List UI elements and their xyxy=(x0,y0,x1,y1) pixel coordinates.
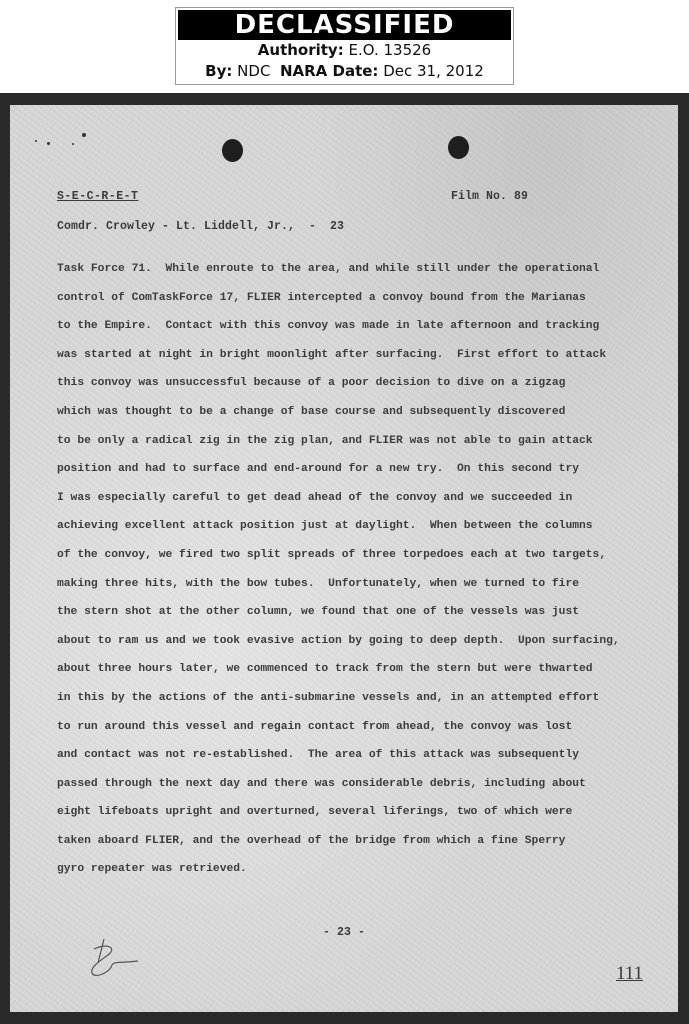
stamp-authority: Authority: E.O. 13526 xyxy=(176,40,513,61)
body-line: the stern shot at the other column, we f… xyxy=(57,604,657,633)
body-line: I was especially careful to get dead ahe… xyxy=(57,490,657,519)
stamped-page-number: 111 xyxy=(616,963,643,985)
film-number: Film No. 89 xyxy=(451,190,528,203)
stamp-by-date: By: NDC NARA Date: Dec 31, 2012 xyxy=(176,61,513,82)
punch-hole-left xyxy=(222,139,243,162)
body-line: was started at night in bright moonlight… xyxy=(57,347,657,376)
document-page: S-E-C-R-E-T Film No. 89 Comdr. Crowley -… xyxy=(10,105,678,1012)
body-line: passed through the next day and there wa… xyxy=(57,776,657,805)
body-line: gyro repeater was retrieved. xyxy=(57,861,657,890)
body-line: about to ram us and we took evasive acti… xyxy=(57,633,657,662)
body-line: which was thought to be a change of base… xyxy=(57,404,657,433)
body-line: to run around this vessel and regain con… xyxy=(57,719,657,748)
body-line: achieving excellent attack position just… xyxy=(57,518,657,547)
body-line: and contact was not re-established. The … xyxy=(57,747,657,776)
microfilm-frame: S-E-C-R-E-T Film No. 89 Comdr. Crowley -… xyxy=(0,93,689,1024)
body-line: Task Force 71. While enroute to the area… xyxy=(57,261,657,290)
body-line: position and had to surface and end-arou… xyxy=(57,461,657,490)
speck-mark xyxy=(82,133,86,137)
body-line: this convoy was unsuccessful because of … xyxy=(57,375,657,404)
declassified-stamp: DECLASSIFIED Authority: E.O. 13526 By: N… xyxy=(175,7,514,85)
speck-mark xyxy=(72,143,74,145)
classification-marking: S-E-C-R-E-T xyxy=(57,190,138,203)
body-line: to be only a radical zig in the zig plan… xyxy=(57,433,657,462)
body-line: eight lifeboats upright and overturned, … xyxy=(57,804,657,833)
handwritten-initials-icon xyxy=(84,935,144,983)
speck-mark xyxy=(35,140,37,142)
stamp-banner: DECLASSIFIED xyxy=(178,10,511,40)
by-label: By: xyxy=(205,62,232,80)
body-line: of the convoy, we fired two split spread… xyxy=(57,547,657,576)
body-line: taken aboard FLIER, and the overhead of … xyxy=(57,833,657,862)
document-body: Task Force 71. While enroute to the area… xyxy=(57,261,657,890)
by-value: NDC xyxy=(237,62,270,80)
body-line: in this by the actions of the anti-subma… xyxy=(57,690,657,719)
body-line: to the Empire. Contact with this convoy … xyxy=(57,318,657,347)
body-line: making three hits, with the bow tubes. U… xyxy=(57,576,657,605)
body-line: about three hours later, we commenced to… xyxy=(57,661,657,690)
document-header: Comdr. Crowley - Lt. Liddell, Jr., - 23 xyxy=(57,220,344,233)
nara-date-value: Dec 31, 2012 xyxy=(383,62,484,80)
punch-hole-right xyxy=(448,136,469,159)
nara-date-label: NARA Date: xyxy=(280,62,378,80)
authority-label: Authority: xyxy=(258,41,344,59)
page-number: - 23 - xyxy=(323,926,365,939)
speck-mark xyxy=(47,142,50,145)
authority-value: E.O. 13526 xyxy=(349,41,432,59)
body-line: control of ComTaskForce 17, FLIER interc… xyxy=(57,290,657,319)
